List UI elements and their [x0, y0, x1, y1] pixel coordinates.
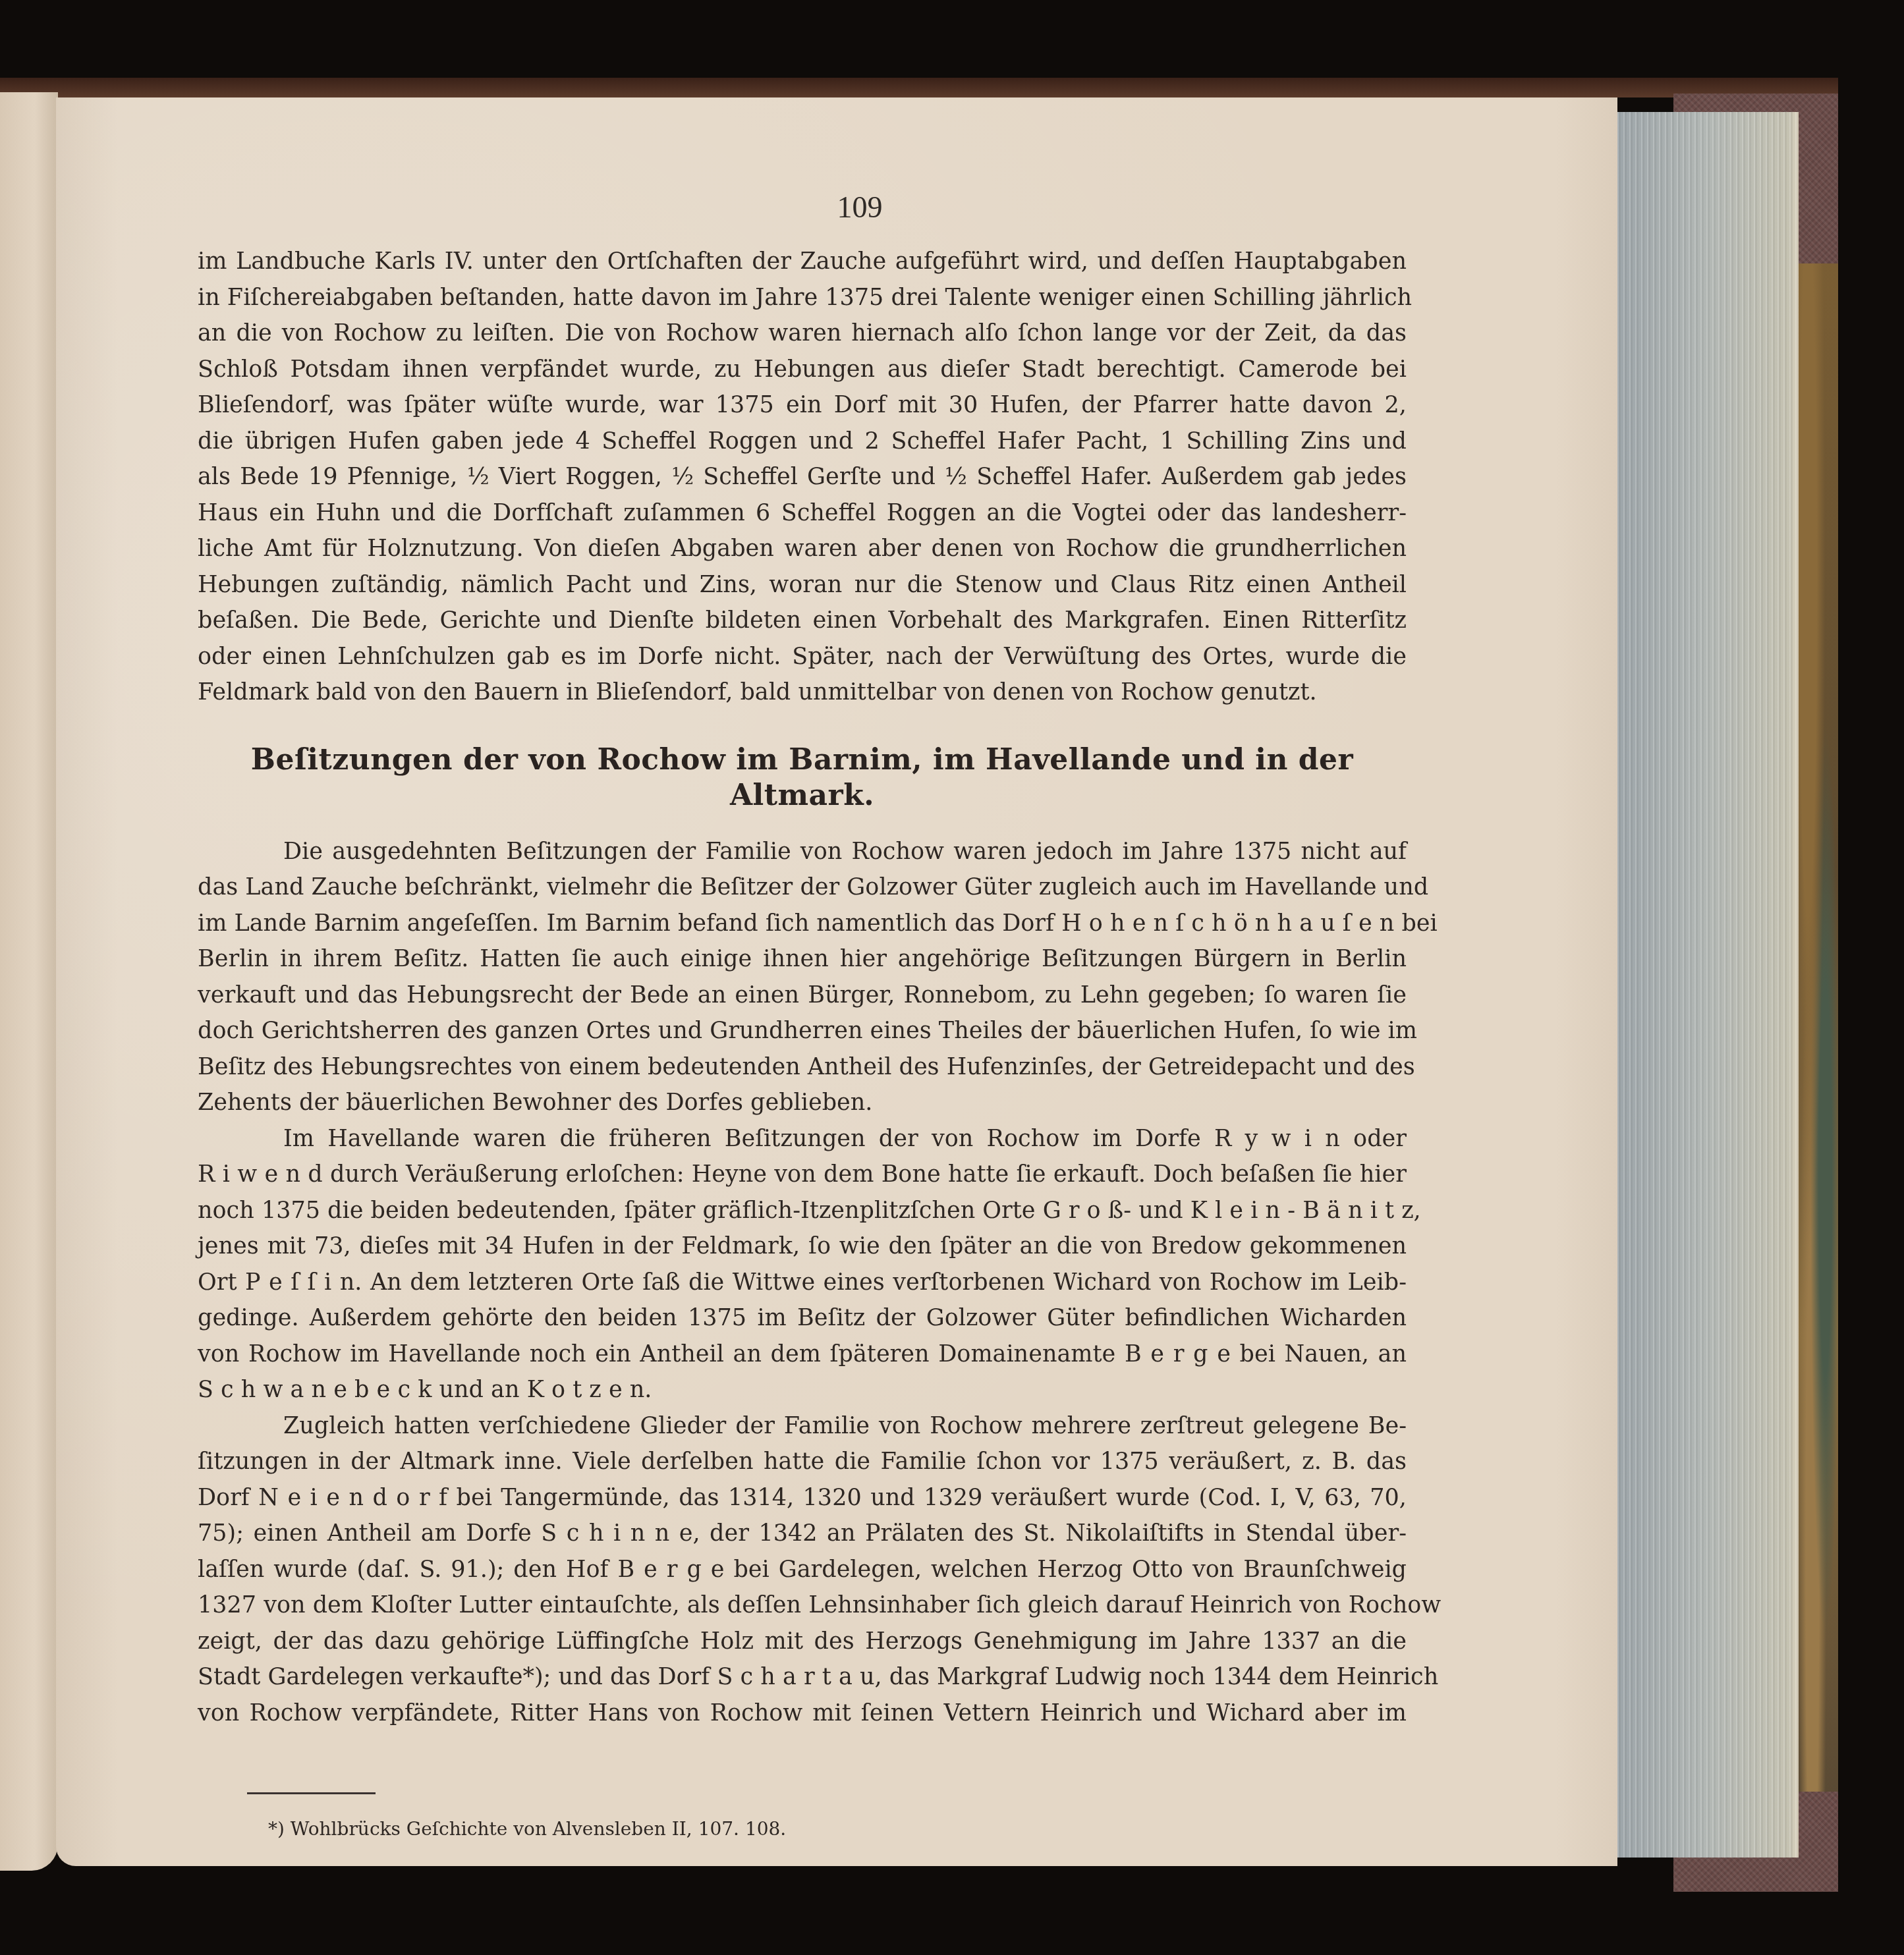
text-line: Dorf N e i e n d o r f bei Tangermünde, …	[198, 1480, 1407, 1516]
footnote-divider	[247, 1792, 376, 1794]
text-line: von Rochow im Havellande noch ein Anthei…	[198, 1336, 1407, 1373]
section-paragraphs: Die ausgedehnten Beſitzungen der Familie…	[198, 834, 1407, 1732]
text-line: doch Gerichtsherren des ganzen Ortes und…	[198, 1013, 1407, 1049]
text-line: 1327 von dem Kloſter Lutter eintauſchte,…	[198, 1587, 1407, 1624]
text-line: S c h w a n e b e c k und an K o t z e n…	[198, 1372, 1407, 1408]
text-line: Zehents der bäuerlichen Bewohner des Dor…	[198, 1085, 1407, 1121]
text-line: Haus ein Huhn und die Dorfſchaft zuſamme…	[198, 495, 1407, 532]
page-body: im Landbuche Karls IV. unter den Ortſcha…	[198, 244, 1407, 1731]
text-line: von Rochow verpfändete, Ritter Hans von …	[198, 1695, 1407, 1732]
text-line: im Landbuche Karls IV. unter den Ortſcha…	[198, 244, 1407, 280]
text-line: noch 1375 die beiden bedeutenden, ſpäter…	[198, 1193, 1407, 1229]
section-heading: Beſitzungen der von Rochow im Barnim, im…	[198, 742, 1407, 814]
paragraph: Die ausgedehnten Beſitzungen der Familie…	[198, 834, 1407, 1121]
footnote: *) Wohlbrücks Geſchichte von Alvensleben…	[268, 1818, 786, 1840]
marbled-cover-edge	[1795, 263, 1838, 1792]
text-line: Zugleich hatten verſchiedene Glieder der…	[198, 1408, 1407, 1445]
text-line: Berlin in ihrem Beſitz. Hatten ſie auch …	[198, 941, 1407, 977]
text-line: die übrigen Hufen gaben jede 4 Scheffel …	[198, 424, 1407, 460]
text-line: gedinge. Außerdem gehörte den beiden 137…	[198, 1300, 1407, 1336]
text-line: Stadt Gardelegen verkaufte*); und das Do…	[198, 1659, 1407, 1695]
text-line: zeigt, der das dazu gehörige Lüffingſche…	[198, 1624, 1407, 1660]
text-line: Beſitz des Hebungsrechtes von einem bede…	[198, 1049, 1407, 1086]
text-line: verkauft und das Hebungsrecht der Bede a…	[198, 977, 1407, 1014]
paragraph: im Landbuche Karls IV. unter den Ortſcha…	[198, 244, 1407, 711]
book-page: 109 im Landbuche Karls IV. unter den Ort…	[56, 97, 1617, 1866]
text-line: Hebungen zuſtändig, nämlich Pacht und Zi…	[198, 567, 1407, 603]
page-number: 109	[817, 190, 903, 225]
text-line: beſaßen. Die Bede, Gerichte und Dienſte …	[198, 603, 1407, 639]
text-line: oder einen Lehnſchulzen gab es im Dorfe …	[198, 639, 1407, 675]
text-line: ſitzungen in der Altmark inne. Viele der…	[198, 1444, 1407, 1480]
text-line: das Land Zauche beſchränkt, vielmehr die…	[198, 869, 1407, 906]
paragraph: Zugleich hatten verſchiedene Glieder der…	[198, 1408, 1407, 1732]
text-line: Ort P e ſ ſ i n. An dem letzteren Orte ſ…	[198, 1265, 1407, 1301]
text-line: im Lande Barnim angeſeſſen. Im Barnim be…	[198, 906, 1407, 942]
text-line: als Bede 19 Pfennige, ½ Viert Roggen, ½ …	[198, 459, 1407, 495]
text-line: Im Havellande waren die früheren Beſitzu…	[198, 1121, 1407, 1157]
text-line: in Fiſchereiabgaben beſtanden, hatte dav…	[198, 280, 1407, 316]
text-line: jenes mit 73, dieſes mit 34 Hufen in der…	[198, 1228, 1407, 1265]
text-line: Feldmark bald von den Bauern in Blieſend…	[198, 675, 1407, 711]
text-line: Schloß Potsdam ihnen verpfändet wurde, z…	[198, 352, 1407, 388]
previous-page-edge	[0, 92, 58, 1871]
text-line: 75); einen Antheil am Dorfe S c h i n n …	[198, 1516, 1407, 1552]
text-line: Blieſendorf, was ſpäter wüſte wurde, war…	[198, 387, 1407, 424]
text-line: R i w e n d durch Veräußerung erloſchen:…	[198, 1157, 1407, 1193]
text-line: liche Amt für Holznutzung. Von dieſen Ab…	[198, 531, 1407, 567]
paragraph-1: im Landbuche Karls IV. unter den Ortſcha…	[198, 244, 1407, 711]
text-line: Die ausgedehnten Beſitzungen der Familie…	[198, 834, 1407, 870]
text-line: an die von Rochow zu leiſten. Die von Ro…	[198, 316, 1407, 352]
text-line: laſſen wurde (daſ. S. 91.); den Hof B e …	[198, 1552, 1407, 1588]
book-cover-top-edge	[0, 78, 1838, 97]
paragraph: Im Havellande waren die früheren Beſitzu…	[198, 1121, 1407, 1408]
page-fore-edge	[1617, 112, 1799, 1858]
